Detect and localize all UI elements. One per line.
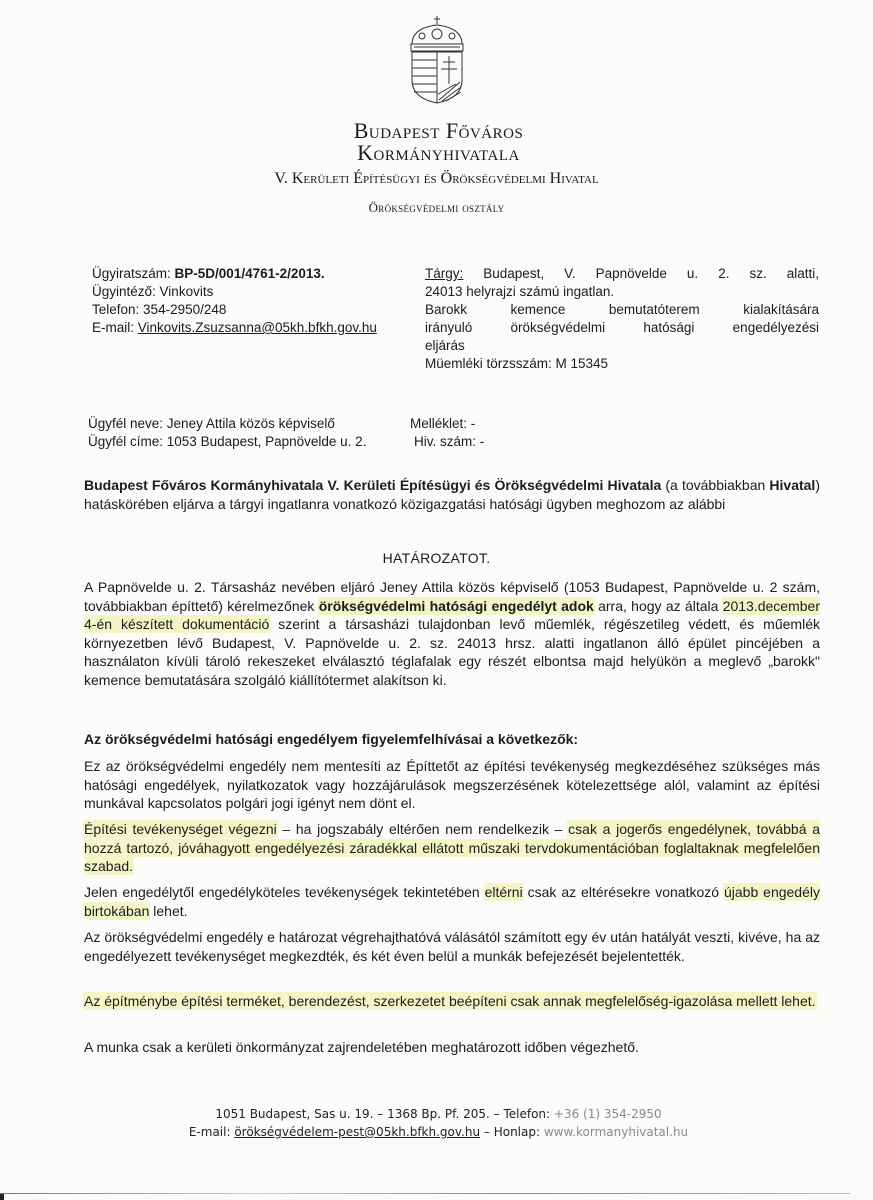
email-link[interactable]: Vinkovits.Zsuzsanna@05kh.bfkh.gov.hu — [138, 320, 377, 335]
subject-line-2: 24013 helyrajzi számú ingatlan. — [425, 283, 819, 301]
email-label: E-mail: — [92, 320, 138, 335]
phone-label: Telefon: — [92, 302, 143, 317]
officer-row: Ügyintéző: Vinkovits — [92, 283, 412, 301]
client-info: Ügyfél neve: Jeney Attila közös képvisel… — [88, 415, 366, 451]
department-name: V. Kerületi Építésügyi és Örökségvédelmi… — [0, 170, 873, 188]
footer-contact: E-mail: örökségvédelem-pest@05kh.bfkh.go… — [2, 1125, 873, 1139]
footer-email-link[interactable]: örökségvédelem-pest@05kh.bfkh.gov.hu — [234, 1125, 480, 1139]
subject-block: Tárgy: Budapest, V. Papnövelde u. 2. sz.… — [425, 265, 819, 373]
officer-name: Vinkovits — [160, 284, 214, 299]
decision-title: HATÁROZATOT. — [0, 550, 873, 566]
footer-address: 1051 Budapest, Sas u. 19. – 1368 Bp. Pf.… — [2, 1107, 873, 1121]
intro-paragraph: Budapest Főváros Kormányhivatala V. Kerü… — [84, 476, 820, 513]
subject-line-4: irányuló örökségvédelmi hatósági engedél… — [425, 319, 819, 337]
subject-label: Tárgy: — [425, 266, 463, 281]
phone-row: Telefon: 354-2950/248 — [92, 301, 412, 319]
case-number-row: Ügyiratszám: BP-5D/001/4761-2/2013. — [92, 265, 412, 283]
decision-paragraph: A Papnövelde u. 2. Társasház nevében elj… — [84, 578, 820, 689]
notice-4: Az örökségvédelmi engedély e határozat v… — [84, 928, 820, 965]
client-name: Jeney Attila közös képviselő — [167, 416, 335, 431]
scan-bottom-edge — [0, 1193, 850, 1194]
coat-of-arms-icon — [398, 14, 476, 104]
case-info: Ügyiratszám: BP-5D/001/4761-2/2013. Ügyi… — [92, 265, 412, 337]
permit-granted-highlight: örökségvédelmi hatósági engedélyt adok — [319, 598, 594, 614]
scan-corner-mark — [0, 1194, 4, 1200]
subject-line-1: Tárgy: Budapest, V. Papnövelde u. 2. sz.… — [425, 265, 819, 283]
case-number: BP-5D/001/4761-2/2013. — [175, 266, 325, 281]
footer-website-link[interactable]: www.kormanyhivatal.hu — [544, 1125, 688, 1139]
section-name: Örökségvédelmi osztály — [0, 200, 873, 216]
notice-5: Az építménybe építési terméket, berendez… — [84, 992, 820, 1011]
attachment: Melléklet: - — [410, 415, 484, 433]
reference-number: Hiv. szám: - — [410, 433, 484, 451]
client-address-row: Ügyfél címe: 1053 Budapest, Papnövelde u… — [88, 433, 366, 451]
document-page: Budapest Főváros Kormányhivatala V. Kerü… — [0, 0, 873, 1200]
case-number-label: Ügyiratszám: — [92, 266, 175, 281]
officer-label: Ügyintéző: — [92, 284, 160, 299]
subject-line-5: eljárás — [425, 337, 819, 355]
client-address: 1053 Budapest, Papnövelde u. 2. — [167, 434, 367, 449]
email-row: E-mail: Vinkovits.Zsuzsanna@05kh.bfkh.go… — [92, 319, 412, 337]
notice-3: Jelen engedélytől engedélyköteles tevéke… — [84, 883, 820, 920]
notice-2: Építési tevékenységet végezni – ha jogsz… — [84, 820, 820, 876]
org-name-line2: Kormányhivatala — [2, 140, 873, 166]
registry-number: Müemléki törzsszám: M 15345 — [425, 355, 819, 373]
notice-6: A munka csak a kerületi önkormányzat zaj… — [84, 1038, 820, 1057]
client-name-row: Ügyfél neve: Jeney Attila közös képvisel… — [88, 415, 366, 433]
notices-heading: Az örökségvédelmi hatósági engedélyem fi… — [84, 731, 578, 747]
subject-line-3: Barokk kemence bemutatóterem kialakításá… — [425, 301, 819, 319]
phone-number: 354-2950/248 — [143, 302, 226, 317]
footer-phone: +36 (1) 354-2950 — [554, 1107, 662, 1121]
authority-name: Budapest Főváros Kormányhivatala V. Kerü… — [84, 477, 661, 493]
attachment-info: Melléklet: - Hiv. szám: - — [410, 415, 484, 451]
notice-1: Ez az örökségvédelmi engedély nem mentes… — [84, 757, 820, 813]
